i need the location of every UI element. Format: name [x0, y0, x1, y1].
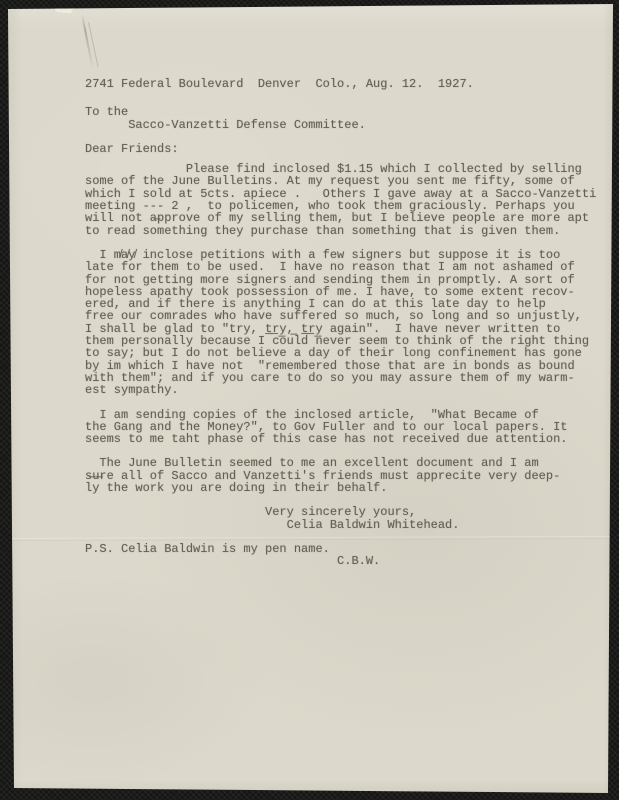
letter-line: Sacco-Vanzetti Defense Committee. — [85, 119, 605, 131]
letter-line: To the — [85, 106, 605, 118]
letter-line: C.B.W. — [85, 555, 605, 567]
dateline: 2741 Federal Boulevard Denver Colo., Aug… — [85, 78, 605, 90]
letter-line: est sympathy. — [85, 384, 605, 396]
paper-tear-mark — [52, 3, 76, 14]
letter-line: 2741 Federal Boulevard Denver Colo., Aug… — [85, 78, 605, 90]
letter-body: 2741 Federal Boulevard Denver Colo., Aug… — [85, 78, 605, 568]
letter-line: Dear Friends: — [85, 143, 605, 155]
letter-line: ly the work you are doing in their behal… — [85, 482, 605, 494]
signature: Very sincerely yours, Celia Baldwin Whit… — [85, 506, 605, 531]
letter-line: free our comrades who have suffered so m… — [85, 310, 605, 322]
letter-paper: 2741 Federal Boulevard Denver Colo., Aug… — [0, 0, 619, 800]
letter-line: seems to me taht phase of this case has … — [85, 433, 605, 445]
letter-line: to read something they purchase than som… — [85, 225, 605, 237]
letter-line: for not getting more signers and sending… — [85, 274, 605, 286]
scan-background: 2741 Federal Boulevard Denver Colo., Aug… — [0, 0, 619, 800]
letter-line: Very sincerely yours, — [85, 506, 605, 518]
salutation: Dear Friends: — [85, 143, 605, 155]
paragraph-2: I m̸a̸y̸ inclose petitions with a few si… — [85, 249, 605, 397]
letter-line: to say; but I do not believe a day of th… — [85, 347, 605, 359]
paragraph-1: Please find inclosed $1.15 which I colle… — [85, 163, 605, 237]
paragraph-4: The June Bulletin seemed to me an excell… — [85, 457, 605, 494]
postscript: P.S. Celia Baldwin is my pen name. C.B.W… — [85, 543, 605, 568]
paragraph-3: I am sending copies of the inclosed arti… — [85, 409, 605, 446]
letter-line: late for them to be used. I have no reas… — [85, 261, 605, 273]
letter-line: The June Bulletin seemed to me an excell… — [85, 457, 605, 469]
recipient: To the Sacco-Vanzetti Defense Committee. — [85, 106, 605, 131]
letter-line: I am sending copies of the inclosed arti… — [85, 409, 605, 421]
letter-line: Celia Baldwin Whitehead. — [85, 519, 605, 531]
letter-line: will not a̶pprove of my selling them, bu… — [85, 212, 605, 224]
letter-line: some of the June Bulletins. At my reques… — [85, 175, 605, 187]
